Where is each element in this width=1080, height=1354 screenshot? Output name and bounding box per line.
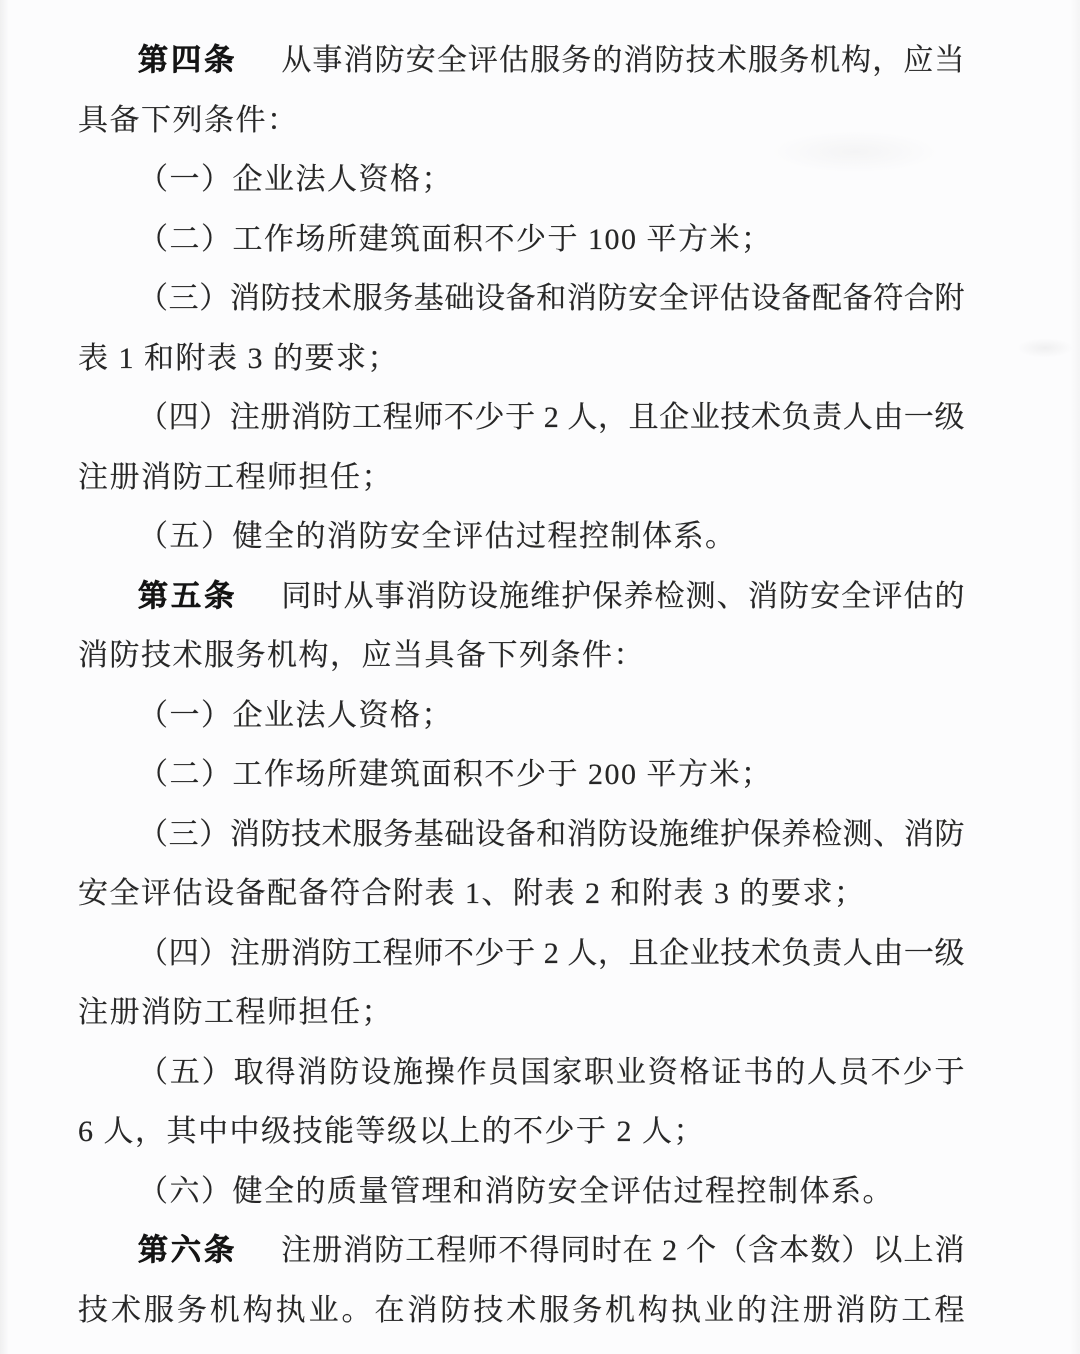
line-text: 安全评估设备配备符合附表 1、附表 2 和附表 3 的要求； bbox=[78, 877, 866, 910]
article-number: 第四条 bbox=[138, 44, 237, 77]
article-heading-line: 第五条同时从事消防设施维护保养检测、消防安全评估的 bbox=[78, 567, 965, 627]
line-text: （五）取得消防设施操作员国家职业资格证书的人员不少于 bbox=[138, 1056, 965, 1089]
document-lines: 第四条从事消防安全评估服务的消防技术服务机构，应当具备下列条件：（一）企业法人资… bbox=[78, 31, 965, 1340]
line-text: 注册消防工程师不得同时在 2 个（含本数）以上消防 bbox=[138, 1234, 965, 1281]
line-text: 6 人，其中中级技能等级以上的不少于 2 人； bbox=[78, 1115, 705, 1148]
text-line: （三）消防技术服务基础设备和消防安全评估设备配备符合附 bbox=[78, 269, 965, 329]
line-text: 技术服务机构执业。在消防技术服务机构执业的注册消防工程 bbox=[78, 1294, 965, 1327]
line-text: 具备下列条件： bbox=[78, 104, 299, 137]
line-text: （五）健全的消防安全评估过程控制体系。 bbox=[138, 520, 737, 553]
line-text: （三）消防技术服务基础设备和消防安全评估设备配备符合附 bbox=[138, 282, 965, 315]
text-line: （四）注册消防工程师不少于 2 人，且企业技术负责人由一级 bbox=[78, 924, 965, 984]
text-line: 消防技术服务机构，应当具备下列条件： bbox=[78, 626, 965, 686]
text-line: 注册消防工程师担任； bbox=[78, 983, 965, 1043]
line-text: 消防技术服务机构，应当具备下列条件： bbox=[78, 639, 645, 672]
line-text: （二）工作场所建筑面积不少于 100 平方米； bbox=[138, 223, 773, 256]
line-text: 表 1 和附表 3 的要求； bbox=[78, 342, 399, 375]
line-text: 从事消防安全评估服务的消防技术服务机构，应当 bbox=[281, 44, 965, 77]
text-line: 表 1 和附表 3 的要求； bbox=[78, 329, 965, 389]
article-number: 第六条 bbox=[138, 1234, 237, 1267]
line-text: （三）消防技术服务基础设备和消防设施维护保养检测、消防 bbox=[138, 818, 965, 851]
text-line: 具备下列条件： bbox=[78, 91, 965, 151]
line-text: 注册消防工程师担任； bbox=[78, 461, 393, 494]
text-line: 安全评估设备配备符合附表 1、附表 2 和附表 3 的要求； bbox=[78, 864, 965, 924]
line-text: （二）工作场所建筑面积不少于 200 平方米； bbox=[138, 758, 773, 791]
article-number: 第五条 bbox=[138, 580, 237, 613]
text-line: （五）健全的消防安全评估过程控制体系。 bbox=[78, 507, 965, 567]
line-text: 注册消防工程师担任； bbox=[78, 996, 393, 1029]
text-line: （二）工作场所建筑面积不少于 100 平方米； bbox=[78, 210, 965, 270]
text-line: （一）企业法人资格； bbox=[78, 150, 965, 210]
line-text: （六）健全的质量管理和消防安全评估过程控制体系。 bbox=[138, 1175, 894, 1208]
text-line: （六）健全的质量管理和消防安全评估过程控制体系。 bbox=[78, 1162, 965, 1222]
line-text: （四）注册消防工程师不少于 2 人，且企业技术负责人由一级 bbox=[138, 401, 965, 434]
article-heading-line: 第六条注册消防工程师不得同时在 2 个（含本数）以上消防 bbox=[78, 1221, 965, 1281]
text-line: 注册消防工程师担任； bbox=[78, 448, 965, 508]
line-text: （一）企业法人资格； bbox=[138, 163, 453, 196]
text-line: 6 人，其中中级技能等级以上的不少于 2 人； bbox=[78, 1102, 965, 1162]
text-line: （五）取得消防设施操作员国家职业资格证书的人员不少于 bbox=[78, 1043, 965, 1103]
line-text: 同时从事消防设施维护保养检测、消防安全评估的 bbox=[281, 580, 965, 613]
article-heading-line: 第四条从事消防安全评估服务的消防技术服务机构，应当 bbox=[78, 31, 965, 91]
text-line: （三）消防技术服务基础设备和消防设施维护保养检测、消防 bbox=[78, 805, 965, 865]
text-line: 技术服务机构执业。在消防技术服务机构执业的注册消防工程 bbox=[78, 1281, 965, 1341]
text-line: （一）企业法人资格； bbox=[78, 686, 965, 746]
text-line: （四）注册消防工程师不少于 2 人，且企业技术负责人由一级 bbox=[78, 388, 965, 448]
scanned-document-page: 第四条从事消防安全评估服务的消防技术服务机构，应当具备下列条件：（一）企业法人资… bbox=[0, 0, 1080, 1354]
line-text: （四）注册消防工程师不少于 2 人，且企业技术负责人由一级 bbox=[138, 937, 965, 970]
line-text: （一）企业法人资格； bbox=[138, 699, 453, 732]
text-line: （二）工作场所建筑面积不少于 200 平方米； bbox=[78, 745, 965, 805]
